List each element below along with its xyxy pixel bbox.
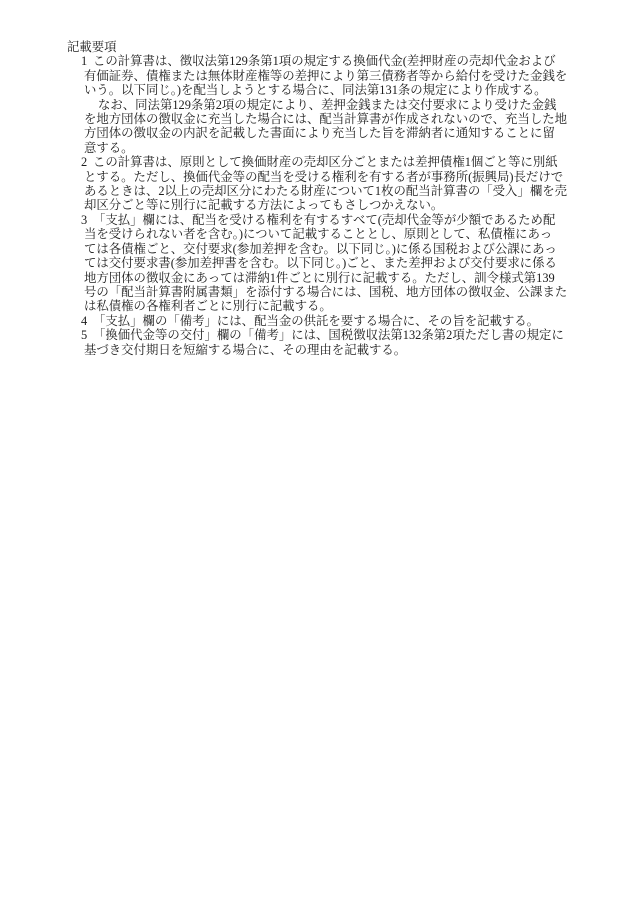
text-line: 地方団体の徴収金にあっては滞納1件ごとに別行に記載する。ただし、訓令様式第139 bbox=[0, 271, 630, 285]
text-line: とする。ただし、換価代金等の配当を受ける権利を有する者が事務所(振興局)長だけで bbox=[0, 170, 630, 184]
item-number: 1 bbox=[81, 54, 93, 68]
text-line: は私債権の各権利者ごとに別行に記載する。 bbox=[0, 299, 630, 313]
text-line: ては各債権ごと、交付要求(参加差押を含む。以下同じ。)に係る国税および公課にあっ bbox=[0, 242, 630, 256]
document-page: 記載要項 1この計算書は、徴収法第129条第1項の規定する換価代金(差押財産の売… bbox=[0, 40, 630, 357]
item-number: 2 bbox=[81, 155, 93, 169]
line-text: 「換価代金等の交付」欄の「備考」には、国税徴収法第132条第2項ただし書の規定に bbox=[93, 328, 564, 342]
item-number: 4 bbox=[81, 314, 93, 328]
text-line: なお、同法第129条第2項の規定により、差押金銭または交付要求により受けた金銭 bbox=[0, 98, 630, 112]
text-line: 方団体の徴収金の内訳を記載した書面により充当した旨を滞納者に通知することに留 bbox=[0, 126, 630, 140]
text-line: 1この計算書は、徴収法第129条第1項の規定する換価代金(差押財産の売却代金およ… bbox=[0, 54, 630, 68]
text-line: ては交付要求書(参加差押書を含む。以下同じ。)ごと、また差押および交付要求に係る bbox=[0, 256, 630, 270]
text-line: あるときは、2以上の売却区分にわたる財産について1枚の配当計算書の「受入」欄を売 bbox=[0, 184, 630, 198]
line-text: この計算書は、原則として換価財産の売却区分ごとまたは差押債権1個ごと等に別紙 bbox=[93, 155, 558, 169]
text-line: 当を受けられない者を含む。)について記載することとし、原則として、私債権にあっ bbox=[0, 227, 630, 241]
text-line: 却区分ごと等に別行に記載する方法によってもさしつかえない。 bbox=[0, 198, 630, 212]
item-number: 3 bbox=[81, 213, 93, 227]
text-line: 有価証券、債権または無体財産権等の差押により第三債務者等から給付を受けた金銭を bbox=[0, 69, 630, 83]
text-line: 基づき交付期日を短縮する場合に、その理由を記載する。 bbox=[0, 343, 630, 357]
text-line: 号の「配当計算書附属書類」を添付する場合には、国税、地方団体の徴収金、公課また bbox=[0, 285, 630, 299]
line-text: この計算書は、徴収法第129条第1項の規定する換価代金(差押財産の売却代金および bbox=[93, 54, 556, 68]
line-text: 「支払」欄の「備考」には、配当金の供託を要する場合に、その旨を記載する。 bbox=[93, 314, 539, 328]
text-line: 意する。 bbox=[0, 141, 630, 155]
document-title: 記載要項 bbox=[0, 40, 630, 54]
document-lines: 1この計算書は、徴収法第129条第1項の規定する換価代金(差押財産の売却代金およ… bbox=[0, 54, 630, 357]
line-text: 「支払」欄には、配当を受ける権利を有するすべて(売却代金等が少額であるため配 bbox=[93, 213, 555, 227]
text-line: いう。以下同じ。)を配当しようとする場合に、同法第131条の規定により作成する。 bbox=[0, 83, 630, 97]
item-number: 5 bbox=[81, 328, 93, 342]
text-line: を地方団体の徴収金に充当した場合には、配当計算書が作成されないので、充当した地 bbox=[0, 112, 630, 126]
text-line: 2この計算書は、原則として換価財産の売却区分ごとまたは差押債権1個ごと等に別紙 bbox=[0, 155, 630, 169]
text-line: 3「支払」欄には、配当を受ける権利を有するすべて(売却代金等が少額であるため配 bbox=[0, 213, 630, 227]
text-line: 5「換価代金等の交付」欄の「備考」には、国税徴収法第132条第2項ただし書の規定… bbox=[0, 328, 630, 342]
text-line: 4「支払」欄の「備考」には、配当金の供託を要する場合に、その旨を記載する。 bbox=[0, 314, 630, 328]
